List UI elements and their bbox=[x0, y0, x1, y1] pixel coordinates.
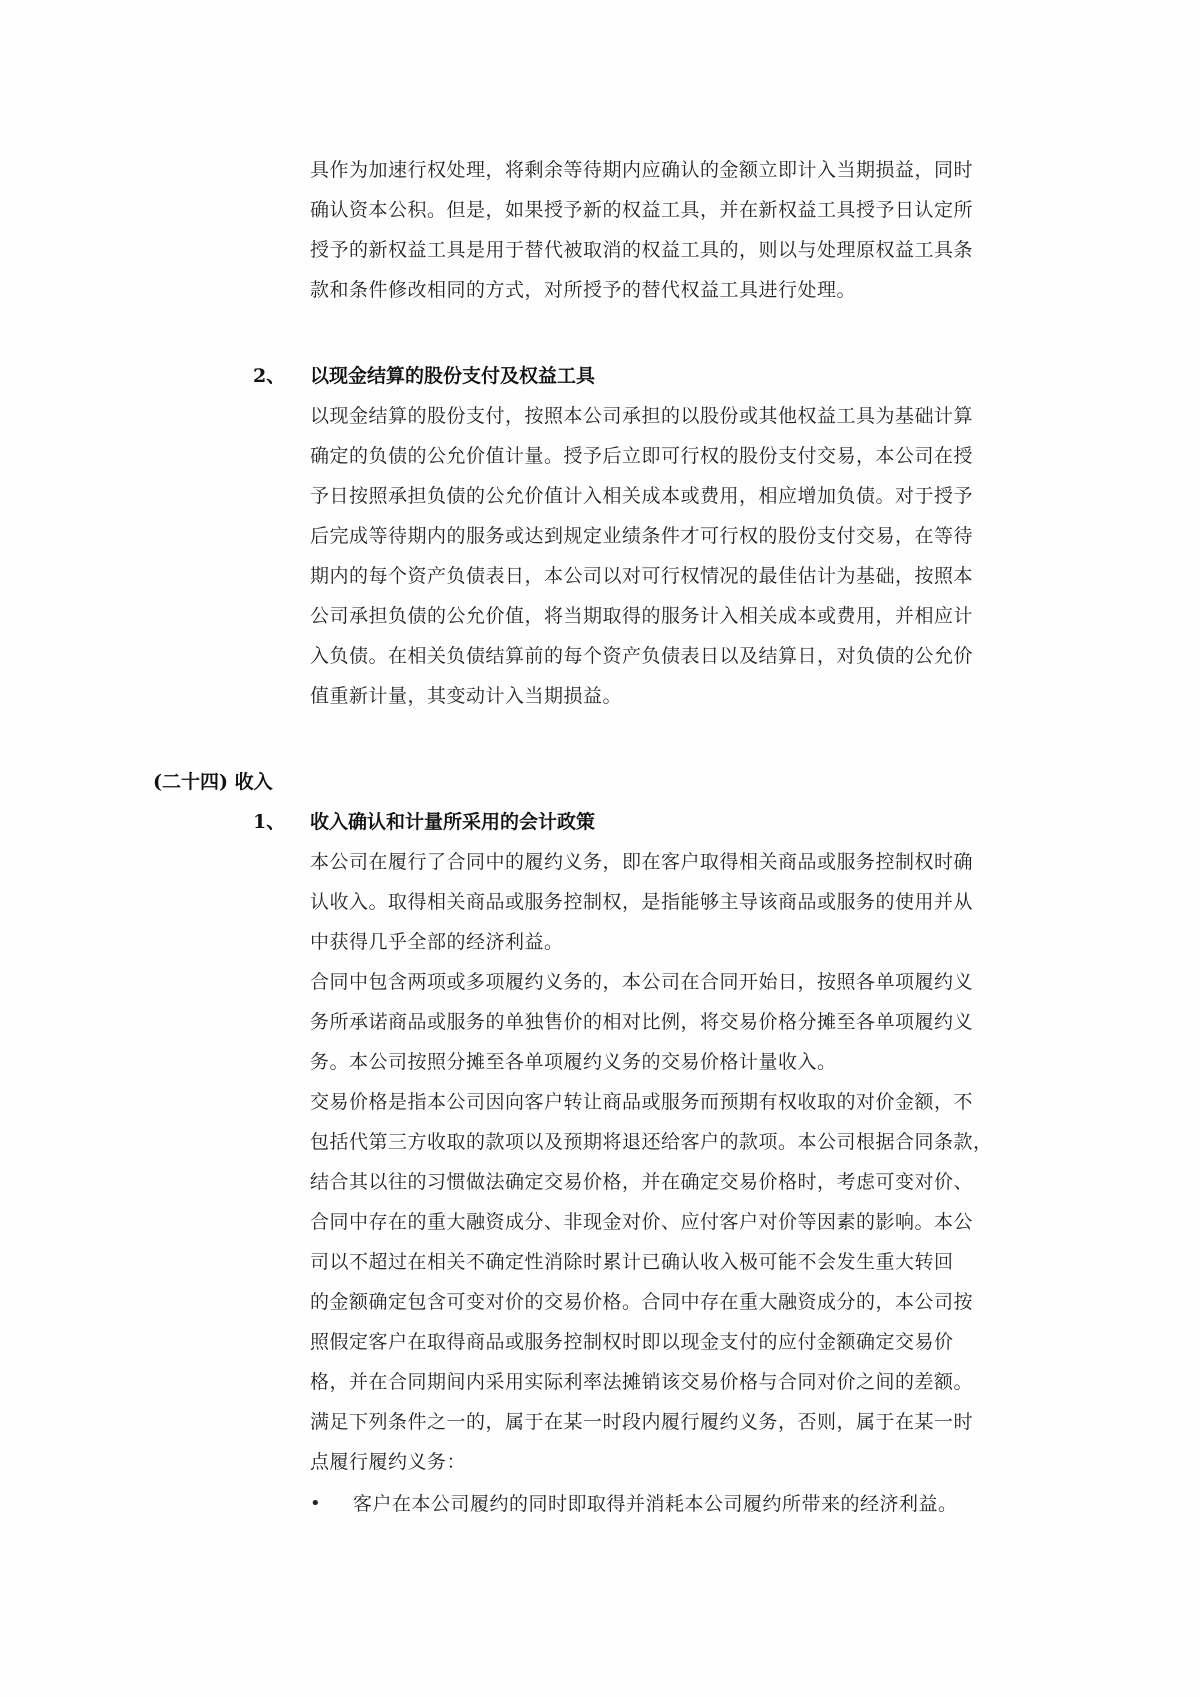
bullet-text: 客户在本公司履约的同时即取得并消耗本公司履约所带来的经济利益。 bbox=[353, 1484, 958, 1524]
text-line: 中获得几乎全部的经济利益。 bbox=[310, 922, 1010, 962]
revenue-paragraph-4: 满足下列条件之一的，属于在某一时段内履行履约义务，否则，属于在某一时 点履行履约… bbox=[310, 1402, 1010, 1482]
text-line: 确定的负债的公允价值计量。授予后立即可行权的股份支付交易，本公司在授 bbox=[310, 436, 1010, 476]
text-line: 具作为加速行权处理，将剩余等待期内应确认的金额立即计入当期损益，同时 bbox=[310, 150, 1010, 190]
document-page: 具作为加速行权处理，将剩余等待期内应确认的金额立即计入当期损益，同时 确认资本公… bbox=[0, 0, 1200, 1697]
revenue-paragraph-1: 本公司在履行了合同中的履约义务，即在客户取得相关商品或服务控制权时确 认收入。取… bbox=[310, 842, 1010, 962]
text-line: 期内的每个资产负债表日，本公司以对可行权情况的最佳估计为基础，按照本 bbox=[310, 556, 1010, 596]
text-line: 务。本公司按照分摊至各单项履约义务的交易价格计量收入。 bbox=[310, 1042, 1010, 1082]
text-line: 入负债。在相关负债结算前的每个资产负债表日以及结算日，对负债的公允价 bbox=[310, 636, 1010, 676]
text-line: 交易价格是指本公司因向客户转让商品或服务而预期有权收取的对价金额，不 bbox=[310, 1082, 1010, 1122]
text-line: 予日按照承担负债的公允价值计入相关成本或费用，相应增加负债。对于授予 bbox=[310, 476, 1010, 516]
text-line: 款和条件修改相同的方式，对所授予的替代权益工具进行处理。 bbox=[310, 270, 1010, 310]
revenue-paragraph-2: 合同中包含两项或多项履约义务的，本公司在合同开始日，按照各单项履约义 务所承诺商… bbox=[310, 962, 1010, 1082]
text-line: 认收入。取得相关商品或服务控制权，是指能够主导该商品或服务的使用并从 bbox=[310, 882, 1010, 922]
text-line: 点履行履约义务： bbox=[310, 1442, 1010, 1482]
subsection-1-number: 1、 bbox=[253, 802, 285, 842]
text-line: 满足下列条件之一的，属于在某一时段内履行履约义务，否则，属于在某一时 bbox=[310, 1402, 1010, 1442]
section-24-title: (二十四) 收入 bbox=[153, 762, 273, 802]
text-line: 值重新计量，其变动计入当期损益。 bbox=[310, 676, 1010, 716]
text-line: 司以不超过在相关不确定性消除时累计已确认收入极可能不会发生重大转回 bbox=[310, 1242, 1010, 1282]
subsection-1-title: 收入确认和计量所采用的会计政策 bbox=[310, 802, 595, 842]
text-line: 公司承担负债的公允价值，将当期取得的服务计入相关成本或费用，并相应计 bbox=[310, 596, 1010, 636]
text-line: 结合其以往的习惯做法确定交易价格，并在确定交易价格时，考虑可变对价、 bbox=[310, 1162, 1010, 1202]
text-line: 本公司在履行了合同中的履约义务，即在客户取得相关商品或服务控制权时确 bbox=[310, 842, 1010, 882]
subsection-2-title: 以现金结算的股份支付及权益工具 bbox=[310, 356, 595, 396]
text-line: 包括代第三方收取的款项以及预期将退还给客户的款项。本公司根据合同条款， bbox=[310, 1122, 1010, 1162]
bullet-icon: • bbox=[310, 1484, 321, 1524]
text-line: 的金额确定包含可变对价的交易价格。合同中存在重大融资成分的，本公司按 bbox=[310, 1282, 1010, 1322]
text-line: 授予的新权益工具是用于替代被取消的权益工具的，则以与处理原权益工具条 bbox=[310, 230, 1010, 270]
text-line: 合同中存在的重大融资成分、非现金对价、应付客户对价等因素的影响。本公 bbox=[310, 1202, 1010, 1242]
text-line: 务所承诺商品或服务的单独售价的相对比例，将交易价格分摊至各单项履约义 bbox=[310, 1002, 1010, 1042]
subsection-2-paragraph: 以现金结算的股份支付，按照本公司承担的以股份或其他权益工具为基础计算 确定的负债… bbox=[310, 396, 1010, 716]
continuation-paragraph: 具作为加速行权处理，将剩余等待期内应确认的金额立即计入当期损益，同时 确认资本公… bbox=[310, 150, 1010, 310]
revenue-paragraph-3: 交易价格是指本公司因向客户转让商品或服务而预期有权收取的对价金额，不 包括代第三… bbox=[310, 1082, 1010, 1402]
text-line: 照假定客户在取得商品或服务控制权时即以现金支付的应付金额确定交易价 bbox=[310, 1322, 1010, 1362]
text-line: 后完成等待期内的服务或达到规定业绩条件才可行权的股份支付交易，在等待 bbox=[310, 516, 1010, 556]
text-line: 确认资本公积。但是，如果授予新的权益工具，并在新权益工具授予日认定所 bbox=[310, 190, 1010, 230]
text-line: 格，并在合同期间内采用实际利率法摊销该交易价格与合同对价之间的差额。 bbox=[310, 1362, 1010, 1402]
text-line: 以现金结算的股份支付，按照本公司承担的以股份或其他权益工具为基础计算 bbox=[310, 396, 1010, 436]
text-line: 合同中包含两项或多项履约义务的，本公司在合同开始日，按照各单项履约义 bbox=[310, 962, 1010, 1002]
subsection-2-number: 2、 bbox=[253, 356, 285, 396]
